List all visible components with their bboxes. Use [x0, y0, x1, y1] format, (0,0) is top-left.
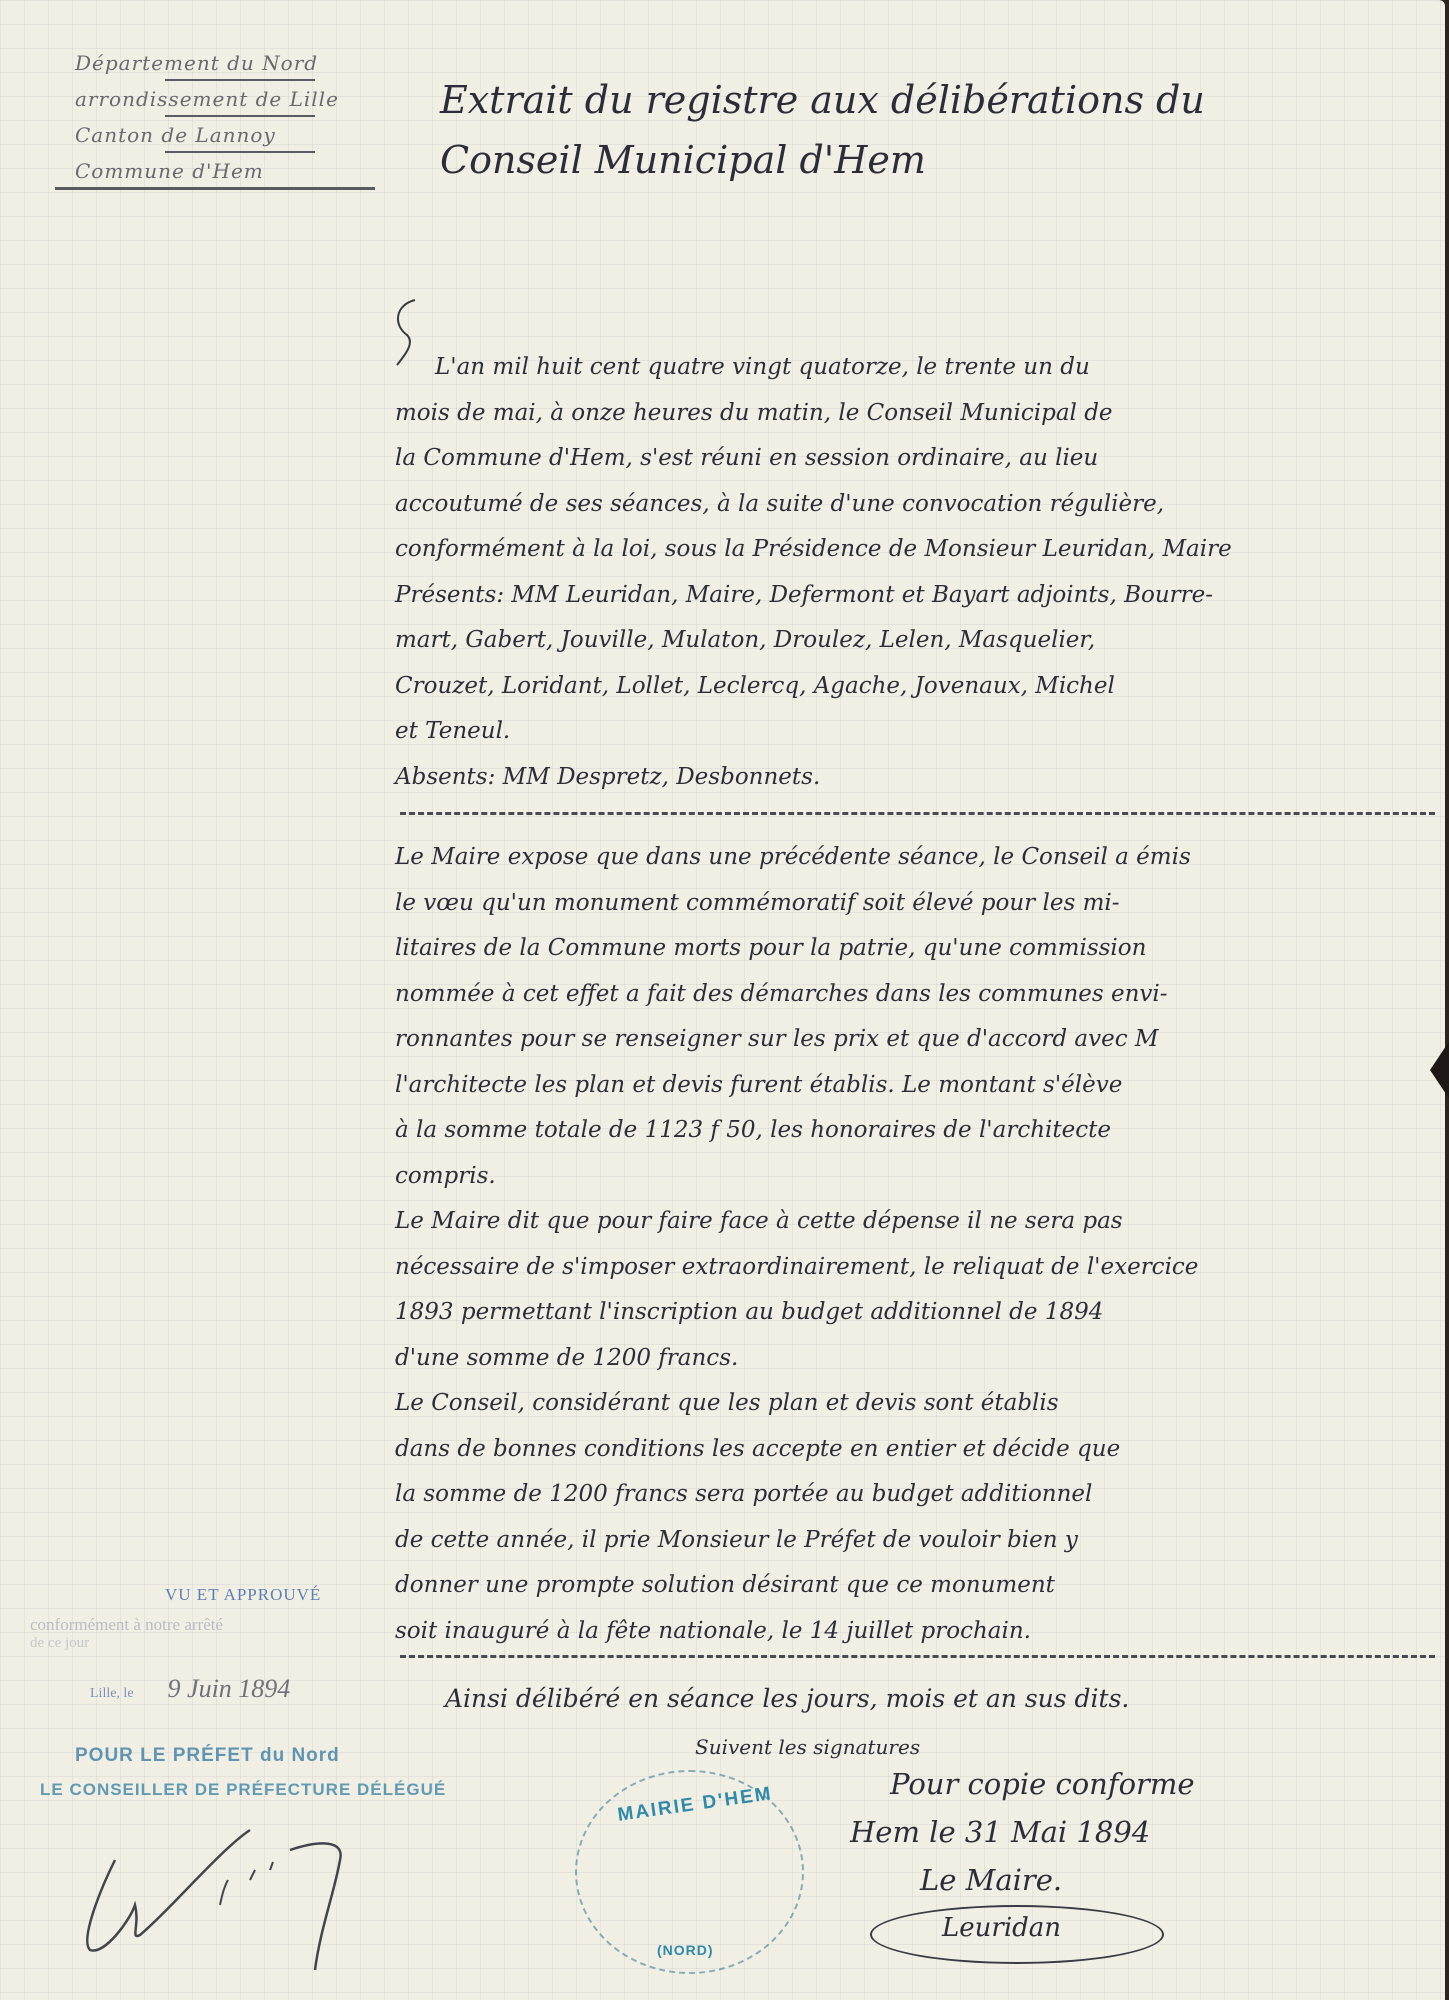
dashed-divider: [400, 1655, 1435, 1658]
deliberation-paragraph: Le Maire expose que dans une précédente …: [395, 835, 1395, 1654]
text-line: mart, Gabert, Jouville, Mulaton, Droulez…: [395, 618, 1395, 664]
text-line: et Teneul.: [395, 709, 1395, 755]
absent-line: Absents: MM Despretz, Desbonnets.: [395, 755, 1395, 801]
document-page: Département du Nord arrondissement de Li…: [0, 0, 1445, 2000]
amount-line: à la somme totale de 1123 f 50, les hono…: [395, 1108, 1395, 1154]
signature-name: Leuridan: [942, 1913, 1061, 1943]
text-line: nécessaire de s'imposer extraordinaireme…: [395, 1245, 1395, 1291]
copy-conforme: Pour copie conforme: [850, 1760, 1195, 1808]
text-line: conformément à la loi, sous la Présidenc…: [395, 527, 1395, 573]
prefect-signature-icon: [70, 1810, 360, 1980]
text-line: la somme de 1200 francs sera portée au b…: [395, 1472, 1395, 1518]
text-line: litaires de la Commune morts pour la pat…: [395, 926, 1395, 972]
text-line: la Commune d'Hem, s'est réuni en session…: [395, 436, 1395, 482]
text-line: d'une somme de 1200 francs.: [395, 1336, 1395, 1382]
signatures-note: Suivent les signatures: [695, 1735, 920, 1759]
stamp-date-line: Lille, le 9 Juin 1894: [20, 1674, 420, 1704]
text-line: ronnantes pour se renseigner sur les pri…: [395, 1017, 1395, 1063]
title-line-1: Extrait du registre aux délibérations du: [440, 70, 1400, 130]
text-line: Crouzet, Loridant, Lollet, Leclercq, Aga…: [395, 664, 1395, 710]
margin-header: Département du Nord arrondissement de Li…: [55, 45, 375, 190]
mayor-signature: Leuridan: [870, 1905, 1164, 1964]
text-line: Le Conseil, considérant que les plan et …: [395, 1381, 1395, 1427]
seal-bottom-text: (NORD): [657, 1942, 714, 1958]
text-line: donner une prompte solution désirant que…: [395, 1563, 1395, 1609]
margin-canton: Canton de Lannoy: [55, 117, 375, 151]
margin-department: Département du Nord: [55, 45, 375, 79]
document-title: Extrait du registre aux délibérations du…: [440, 70, 1400, 190]
divider: [55, 187, 375, 190]
present-line: Présents: MM Leuridan, Maire, Defermont …: [395, 573, 1395, 619]
certification-block: Pour copie conforme Hem le 31 Mai 1894 L…: [850, 1760, 1195, 1904]
mairie-seal: MAIRIE D'HEM (NORD): [575, 1770, 804, 1974]
pour-le-prefet-stamp: POUR LE PRÉFET du Nord: [75, 1745, 340, 1767]
place-date: Hem le 31 Mai 1894: [850, 1808, 1195, 1856]
stamp-vu-approuve: VU ET APPROUVÉ: [20, 1585, 420, 1605]
text-line: Le Maire dit que pour faire face à cette…: [395, 1199, 1395, 1245]
text-line: le vœu qu'un monument commémoratif soit …: [395, 881, 1395, 927]
prefecture-approval-stamp: VU ET APPROUVÉ conformément à notre arrê…: [20, 1585, 420, 1704]
text-line: Le Maire expose que dans une précédente …: [395, 835, 1395, 881]
conseiller-stamp: LE CONSEILLER DE PRÉFECTURE DÉLÉGUÉ: [40, 1780, 446, 1800]
text-line: de cette année, il prie Monsieur le Préf…: [395, 1518, 1395, 1564]
text-line: mois de mai, à onze heures du matin, le …: [395, 391, 1395, 437]
stamp-date: 9 Juin 1894: [168, 1674, 291, 1703]
text-line: compris.: [395, 1154, 1395, 1200]
margin-commune: Commune d'Hem: [55, 153, 375, 187]
stamp-conformement: conformément à notre arrêté: [20, 1615, 420, 1635]
text-line: accoutumé de ses séances, à la suite d'u…: [395, 482, 1395, 528]
mayor-title: Le Maire.: [850, 1856, 1195, 1904]
text-line: dans de bonnes conditions les accepte en…: [395, 1427, 1395, 1473]
seal-top-text: MAIRIE D'HEM: [616, 1783, 774, 1827]
text-line: soit inauguré à la fête nationale, le 14…: [395, 1609, 1395, 1655]
stamp-de-ce-jour: de ce jour: [20, 1635, 420, 1652]
text-line: 1893 permettant l'inscription au budget …: [395, 1290, 1395, 1336]
title-line-2: Conseil Municipal d'Hem: [440, 130, 1400, 190]
text-line: nommée à cet effet a fait des démarches …: [395, 972, 1395, 1018]
margin-arrondissement: arrondissement de Lille: [55, 81, 375, 115]
text-line: L'an mil huit cent quatre vingt quatorze…: [395, 345, 1395, 391]
stamp-city: Lille, le: [90, 1686, 134, 1701]
closing-statement: Ainsi délibéré en séance les jours, mois…: [445, 1684, 1129, 1713]
text-line: l'architecte les plan et devis furent ét…: [395, 1063, 1395, 1109]
session-paragraph: L'an mil huit cent quatre vingt quatorze…: [395, 345, 1395, 800]
dashed-divider: [400, 812, 1435, 815]
